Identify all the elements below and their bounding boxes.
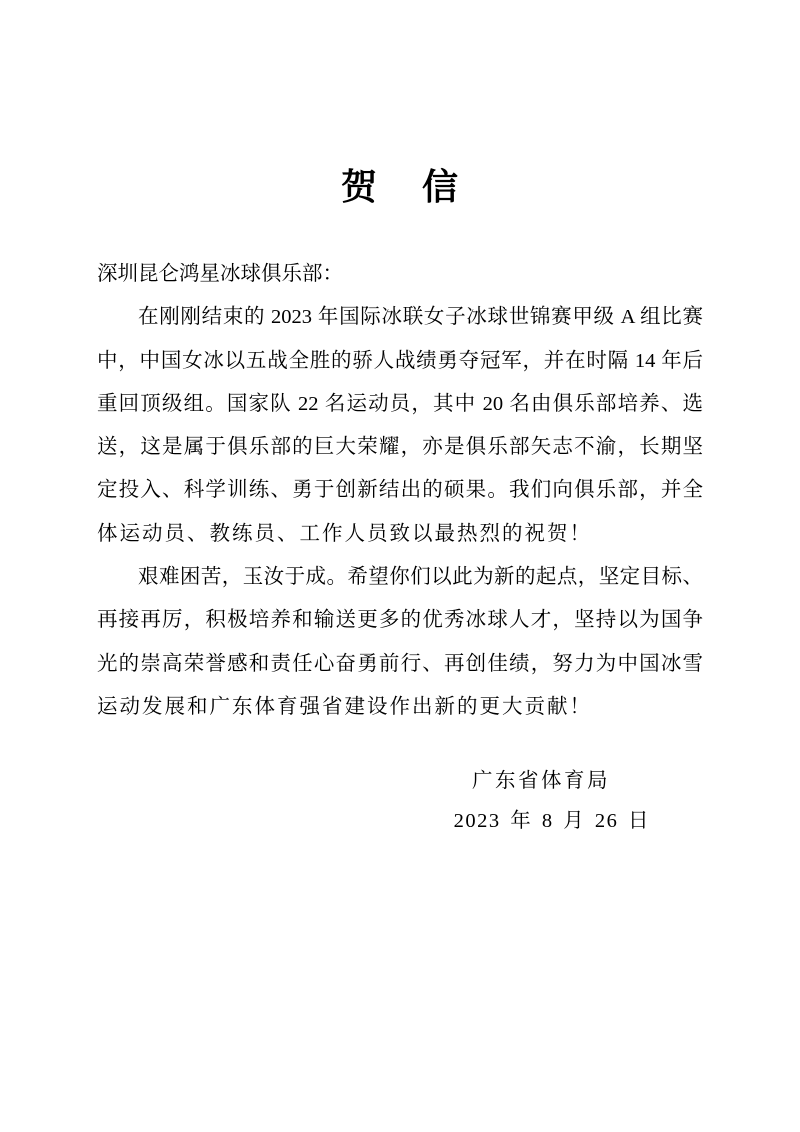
body-line: 再接再厉，积极培养和输送更多的优秀冰球人才，坚持以为国争 xyxy=(97,599,703,642)
body-line: 光的崇高荣誉感和责任心奋勇前行、再创佳绩，努力为中国冰雪 xyxy=(97,643,703,686)
signature-org: 广东省体育局 xyxy=(472,760,610,803)
body-line: 在刚刚结束的 2023 年国际冰联女子冰球世锦赛甲级 A 组比赛 xyxy=(97,296,703,339)
letter-page: 贺 信 深圳昆仑鸿星冰球俱乐部： 在刚刚结束的 2023 年国际冰联女子冰球世锦… xyxy=(0,0,800,1132)
body-line: 运动发展和广东体育强省建设作出新的更大贡献！ xyxy=(97,686,703,729)
body-line: 体运动员、教练员、工作人员致以最热烈的祝贺！ xyxy=(97,513,703,556)
letter-body: 深圳昆仑鸿星冰球俱乐部： 在刚刚结束的 2023 年国际冰联女子冰球世锦赛甲级 … xyxy=(97,253,703,729)
body-line: 定投入、科学训练、勇于创新结出的硕果。我们向俱乐部，并全 xyxy=(97,469,703,512)
body-line: 中，中国女冰以五战全胜的骄人战绩勇夺冠军，并在时隔 14 年后 xyxy=(97,340,703,383)
body-line: 艰难困苦，玉汝于成。希望你们以此为新的起点，坚定目标、 xyxy=(97,556,703,599)
salutation: 深圳昆仑鸿星冰球俱乐部： xyxy=(97,253,703,296)
letter-title: 贺 信 xyxy=(0,164,800,210)
body-line: 重回顶级组。国家队 22 名运动员，其中 20 名由俱乐部培养、选 xyxy=(97,383,703,426)
letter-date: 2023 年 8 月 26 日 xyxy=(454,800,650,843)
body-line: 送，这是属于俱乐部的巨大荣耀，亦是俱乐部矢志不渝，长期坚 xyxy=(97,426,703,469)
